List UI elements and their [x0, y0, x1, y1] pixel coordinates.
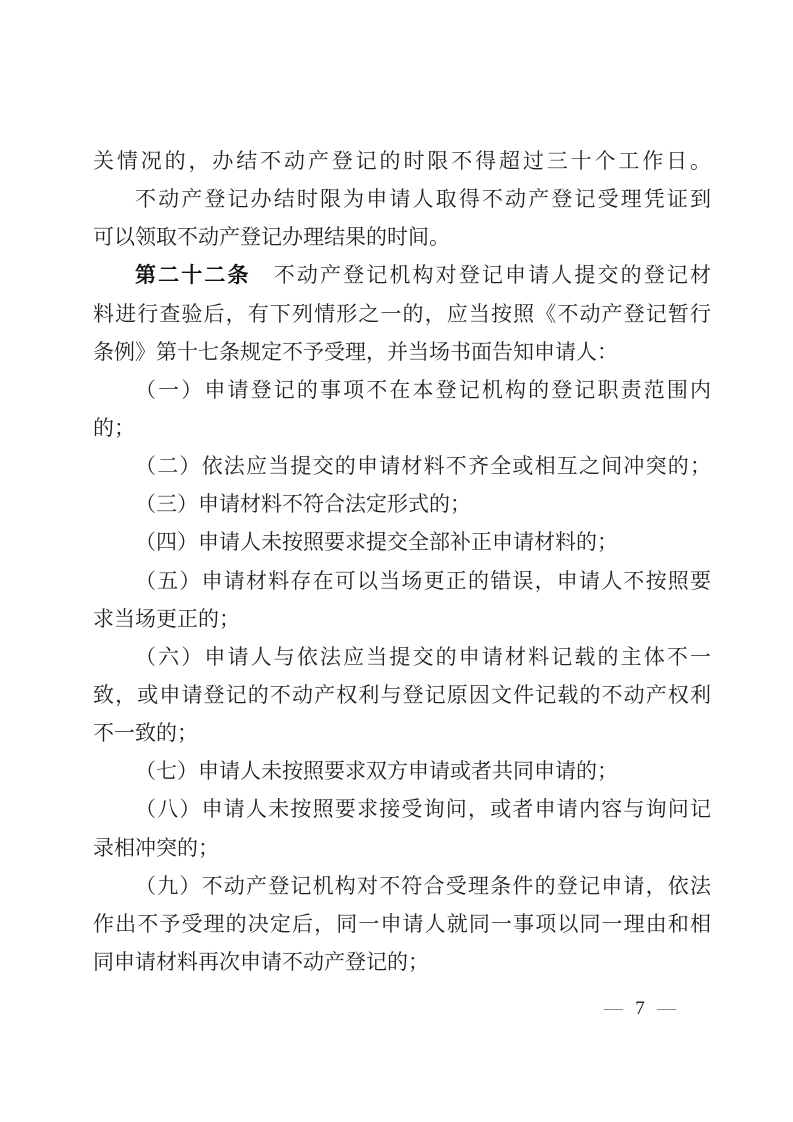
text-segment: （五）申请材料存在可以当场更正的错误，申请人不按照要	[135, 569, 711, 593]
text-line: 关情况的，办结不动产登记的时限不得超过三十个工作日。	[93, 142, 711, 180]
text-line: 不一致的；	[93, 714, 711, 752]
text-line: 录相冲突的；	[93, 829, 711, 867]
text-line: 条例》第十七条规定不予受理，并当场书面告知申请人：	[93, 333, 711, 371]
page-content: 关情况的，办结不动产登记的时限不得超过三十个工作日。不动产登记办结时限为申请人取…	[93, 142, 711, 981]
text-segment: 不一致的；	[93, 721, 198, 745]
text-line: 同申请材料再次申请不动产登记的；	[93, 943, 711, 981]
text-segment: 同申请材料再次申请不动产登记的；	[93, 950, 429, 974]
text-line: （七）申请人未按照要求双方申请或者共同申请的；	[93, 752, 711, 790]
text-line: （八）申请人未按照要求接受询问，或者申请内容与询问记	[93, 790, 711, 828]
text-segment: 的；	[93, 416, 135, 440]
text-segment: （八）申请人未按照要求接受询问，或者申请内容与询问记	[135, 797, 711, 821]
text-line: （三）申请材料不符合法定形式的；	[93, 485, 711, 523]
page-number: — 7 —	[604, 997, 676, 1021]
text-line: （四）申请人未按照要求提交全部补正申请材料的；	[93, 523, 711, 561]
article-heading: 第二十二条	[135, 264, 251, 287]
text-line: （九）不动产登记机构对不符合受理条件的登记申请，依法	[93, 867, 711, 905]
page-number-value: 7	[635, 998, 645, 1020]
text-segment: （一）申请登记的事项不在本登记机构的登记职责范围内	[135, 378, 711, 402]
text-segment: 关情况的，办结不动产登记的时限不得超过三十个工作日。	[93, 149, 711, 173]
text-line: （五）申请材料存在可以当场更正的错误，申请人不按照要	[93, 562, 711, 600]
text-segment: 可以领取不动产登记办理结果的时间。	[93, 225, 450, 249]
text-segment: （七）申请人未按照要求双方申请或者共同申请的；	[135, 759, 618, 783]
page-number-right-dash: —	[657, 998, 676, 1020]
text-line: 可以领取不动产登记办理结果的时间。	[93, 218, 711, 256]
document-page: { "document": { "lines": [ { "indent": f…	[0, 0, 793, 1122]
text-line: （二）依法应当提交的申请材料不齐全或相互之间冲突的；	[93, 447, 711, 485]
text-segment: （二）依法应当提交的申请材料不齐全或相互之间冲突的；	[135, 454, 711, 478]
text-segment: 不动产登记办结时限为申请人取得不动产登记受理凭证到	[135, 187, 711, 211]
text-line: 第二十二条 不动产登记机构对登记申请人提交的登记材	[93, 256, 711, 294]
text-line: 作出不予受理的决定后，同一申请人就同一事项以同一理由和相	[93, 905, 711, 943]
text-line: 料进行查验后，有下列情形之一的，应当按照《不动产登记暂行	[93, 295, 711, 333]
text-line: 的；	[93, 409, 711, 447]
text-segment: 条例》第十七条规定不予受理，并当场书面告知申请人：	[93, 340, 618, 364]
text-segment: 求当场更正的；	[93, 607, 240, 631]
text-segment: （四）申请人未按照要求提交全部补正申请材料的；	[135, 530, 618, 554]
text-line: 致，或申请登记的不动产权利与登记原因文件记载的不动产权利	[93, 676, 711, 714]
page-number-left-dash: —	[604, 998, 623, 1020]
text-segment: （三）申请材料不符合法定形式的；	[135, 492, 471, 516]
text-segment: 作出不予受理的决定后，同一申请人就同一事项以同一理由和相	[93, 912, 711, 936]
text-segment: 料进行查验后，有下列情形之一的，应当按照《不动产登记暂行	[93, 302, 711, 326]
text-segment: 致，或申请登记的不动产权利与登记原因文件记载的不动产权利	[93, 683, 711, 707]
text-segment: （九）不动产登记机构对不符合受理条件的登记申请，依法	[135, 874, 711, 898]
text-segment: 不动产登记机构对登记申请人提交的登记材	[251, 263, 711, 287]
text-segment: （六）申请人与依法应当提交的申请材料记载的主体不一	[135, 645, 711, 669]
text-line: 不动产登记办结时限为申请人取得不动产登记受理凭证到	[93, 180, 711, 218]
text-line: （六）申请人与依法应当提交的申请材料记载的主体不一	[93, 638, 711, 676]
text-line: （一）申请登记的事项不在本登记机构的登记职责范围内	[93, 371, 711, 409]
text-line: 求当场更正的；	[93, 600, 711, 638]
text-segment: 录相冲突的；	[93, 836, 219, 860]
